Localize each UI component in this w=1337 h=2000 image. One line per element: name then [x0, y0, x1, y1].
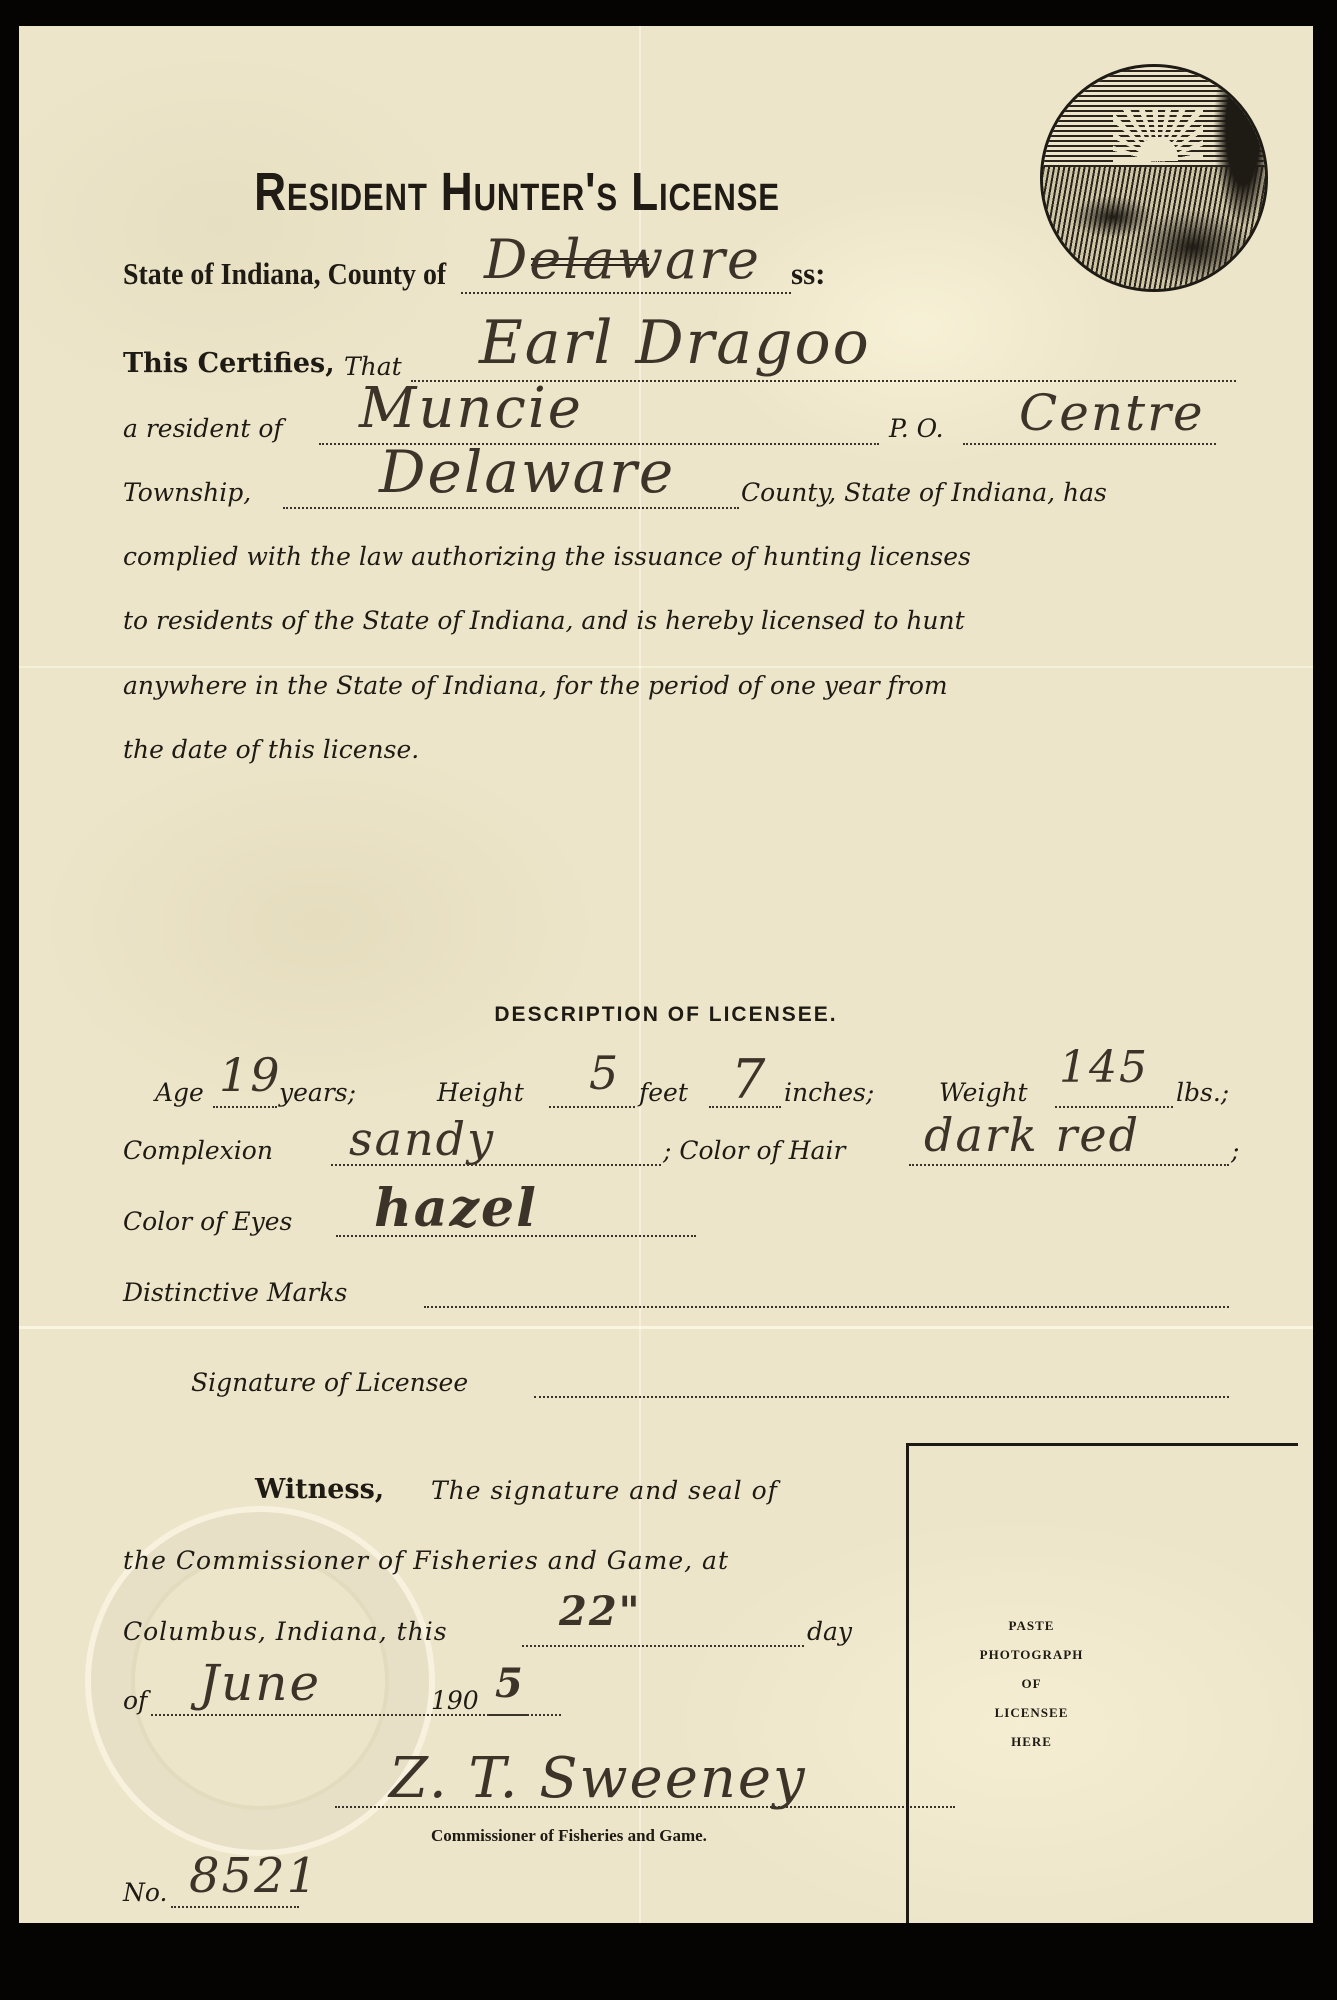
fold-crease-upper [19, 666, 1313, 668]
state-county-label: State of Indiana, County of [123, 256, 446, 292]
weight-value[interactable]: 145 [1059, 1042, 1149, 1093]
witness-line-2: the Commissioner of Fisheries and Game, … [123, 1546, 729, 1575]
eyes-value[interactable]: hazel [374, 1178, 538, 1239]
feet-label: feet [639, 1078, 688, 1107]
witness-line-1: The signature and seal of [431, 1476, 778, 1505]
county-state-text: County, State of Indiana, has [741, 478, 1107, 507]
license-number-value: 8521 [189, 1848, 319, 1904]
commissioner-title: Commissioner of Fisheries and Game. [431, 1826, 707, 1846]
po-label: P. O. [889, 414, 944, 443]
weight-label: Weight [939, 1078, 1028, 1107]
complexion-value[interactable]: sandy [349, 1112, 495, 1166]
commissioner-signature-value: Z. T. Sweeney [389, 1746, 807, 1811]
licensee-name-value[interactable]: Earl Dragoo [479, 308, 871, 378]
body-line-4: the date of this license. [123, 735, 419, 764]
resident-city-value[interactable]: Muncie [359, 376, 583, 441]
marks-field-line [424, 1306, 1229, 1308]
witness-line-3-prefix: Columbus, Indiana, this [123, 1617, 448, 1646]
feet-value[interactable]: 5 [589, 1046, 620, 1100]
signature-field-line [534, 1396, 1229, 1398]
number-label: No. [123, 1878, 167, 1907]
resident-of-label: a resident of [123, 414, 283, 443]
photo-line-2: PHOTOGRAPH [909, 1640, 1154, 1669]
photo-line-4: LICENSEE [909, 1698, 1154, 1727]
witness-lead: Witness, [255, 1474, 384, 1505]
year-field-line [489, 1714, 527, 1716]
signature-label: Signature of Licensee [191, 1368, 468, 1397]
hunting-scene-seal-icon [1040, 64, 1268, 292]
number-field-line [171, 1906, 299, 1908]
year-prefix: 190 [431, 1686, 479, 1715]
complexion-label: Complexion [123, 1136, 273, 1165]
photo-line-5: HERE [909, 1727, 1154, 1756]
age-value[interactable]: 19 [219, 1048, 282, 1102]
inches-value[interactable]: 7 [731, 1048, 767, 1111]
hair-field-line [909, 1164, 1229, 1166]
age-field-line [213, 1106, 277, 1108]
age-label: Age [155, 1078, 204, 1107]
county-field-line [461, 292, 791, 294]
day-field-line [522, 1645, 804, 1647]
photograph-paste-area: PASTE PHOTOGRAPH OF LICENSEE HERE [906, 1443, 1298, 1923]
photo-line-1: PASTE [909, 1611, 1154, 1640]
po-value[interactable]: Centre [1019, 384, 1205, 442]
body-line-1: complied with the law authorizing the is… [123, 542, 971, 571]
township-field-line [283, 507, 739, 509]
of-label: of [123, 1686, 147, 1715]
photo-instructions: PASTE PHOTOGRAPH OF LICENSEE HERE [909, 1611, 1154, 1756]
hair-label: ; Color of Hair [663, 1136, 845, 1165]
month-value[interactable]: June [199, 1654, 321, 1712]
ss-suffix: ss: [791, 256, 825, 292]
feet-field-line [549, 1106, 635, 1108]
township-label: Township, [123, 478, 251, 507]
po-field-line [963, 443, 1216, 445]
township-county-value[interactable]: Delaware [379, 438, 675, 506]
year-value[interactable]: 5 [495, 1660, 525, 1707]
day-label: day [807, 1617, 852, 1646]
license-document: Resident Hunter's License State of India… [19, 26, 1313, 1923]
body-line-3: anywhere in the State of Indiana, for th… [123, 671, 948, 700]
lbs-label: lbs.; [1176, 1078, 1229, 1107]
inches-label: inches; [784, 1078, 874, 1107]
hair-value[interactable]: dark red [924, 1108, 1140, 1162]
document-title: Resident Hunter's License [189, 161, 845, 223]
height-label: Height [437, 1078, 524, 1107]
photo-line-3: OF [909, 1669, 1154, 1698]
description-heading: DESCRIPTION OF LICENSEE. [19, 1003, 1313, 1027]
hair-suffix: ; [1231, 1136, 1239, 1165]
eyes-label: Color of Eyes [123, 1207, 292, 1236]
body-line-2: to residents of the State of Indiana, an… [123, 606, 965, 635]
day-value[interactable]: 22" [559, 1588, 642, 1635]
county-field-value[interactable]: Delaware [484, 228, 761, 291]
marks-label: Distinctive Marks [123, 1278, 347, 1307]
years-label: years; [279, 1078, 356, 1107]
fold-crease-lower [19, 1326, 1313, 1329]
certifies-lead: This Certifies, [123, 348, 335, 379]
